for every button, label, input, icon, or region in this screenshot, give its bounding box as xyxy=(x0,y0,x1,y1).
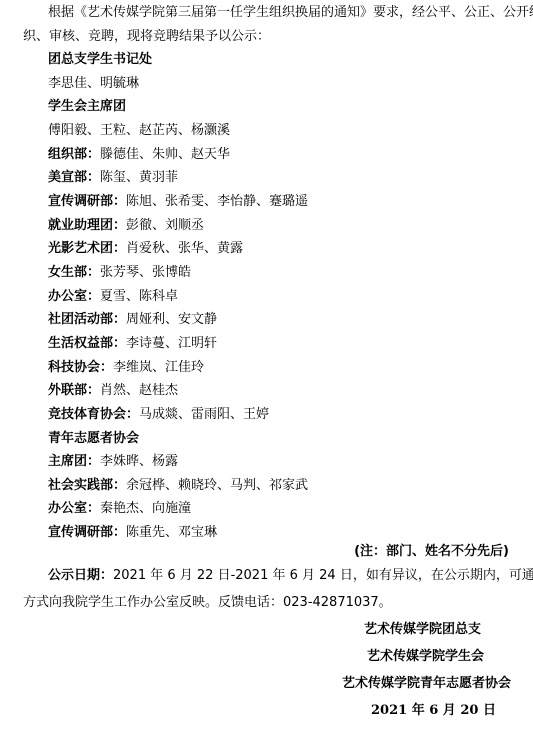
volunteer-label: 办公室： xyxy=(48,501,100,516)
department-label: 美宣部： xyxy=(48,170,100,185)
department-row: 光影艺术团：肖爱秋、张华、黄露 xyxy=(48,241,243,257)
volunteer-label: 主席团： xyxy=(48,454,100,469)
department-label: 科技协会： xyxy=(48,360,113,375)
signature-league-branch: 艺术传媒学院团总支 xyxy=(364,622,481,638)
department-names: 夏雪、陈科卓 xyxy=(100,289,178,304)
volunteer-row: 办公室：秦艳杰、向施潼 xyxy=(48,501,191,517)
department-row: 宣传调研部：陈旭、张希雯、李怡静、蹇璐遥 xyxy=(48,194,308,210)
intro-line-1: 根据《艺术传媒学院第三届第一任学生组织换届的通知》要求，经公平、公正、公开组 xyxy=(48,5,533,21)
publicity-line-2: 方式向我院学生工作办公室反映。反馈电话：023-42871037。 xyxy=(23,595,392,611)
department-names: 陈旭、张希雯、李怡静、蹇璐遥 xyxy=(126,194,308,209)
department-names: 彭徹、刘顺丞 xyxy=(126,218,204,233)
publicity-period: 2021 年 6 月 22 日-2021 年 6 月 24 日，如有异议，在公示… xyxy=(113,568,533,583)
order-note: (注：部门、姓名不分先后) xyxy=(354,544,509,560)
department-label: 光影艺术团： xyxy=(48,241,126,256)
department-row: 社团活动部：周娅利、安文静 xyxy=(48,312,217,328)
volunteer-label: 宣传调研部： xyxy=(48,525,126,540)
department-row: 竞技体育协会：马成燚、雷雨阳、王婷 xyxy=(48,407,269,423)
department-names: 滕德佳、朱帅、赵天华 xyxy=(100,147,230,162)
volunteer-names: 陈重先、邓宝琳 xyxy=(126,525,217,540)
volunteer-names: 余冠桦、赖晓玲、马判、祁家武 xyxy=(126,478,308,493)
volunteer-names: 秦艳杰、向施潼 xyxy=(100,501,191,516)
department-label: 就业助理团： xyxy=(48,218,126,233)
department-label: 组织部： xyxy=(48,147,100,162)
department-names: 陈玺、黄羽菲 xyxy=(100,170,178,185)
volunteer-row: 社会实践部：余冠桦、赖晓玲、马判、祁家武 xyxy=(48,478,308,494)
section-heading-league-secretariat: 团总支学生书记处 xyxy=(48,52,152,68)
intro-line-2: 织、审核、竞聘，现将竞聘结果予以公示： xyxy=(23,29,270,45)
section-names-league-secretariat: 李思佳、明毓琳 xyxy=(48,76,139,92)
department-label: 办公室： xyxy=(48,289,100,304)
department-names: 肖爱秋、张华、黄露 xyxy=(126,241,243,256)
department-names: 李诗蔓、江明轩 xyxy=(126,336,217,351)
department-names: 张芳琴、张博皓 xyxy=(100,265,191,280)
department-row: 组织部：滕德佳、朱帅、赵天华 xyxy=(48,147,230,163)
department-row: 生活权益部：李诗蔓、江明轩 xyxy=(48,336,217,352)
department-names: 周娅利、安文静 xyxy=(126,312,217,327)
department-row: 科技协会：李维岚、江佳玲 xyxy=(48,360,204,376)
publicity-label: 公示日期： xyxy=(48,568,113,583)
department-names: 李维岚、江佳玲 xyxy=(113,360,204,375)
signature-youth-volunteers: 艺术传媒学院青年志愿者协会 xyxy=(342,676,511,692)
section-names-student-union-presidium: 傅阳毅、王粒、赵芷芮、杨灏溪 xyxy=(48,123,230,139)
publicity-line-1: 公示日期：2021 年 6 月 22 日-2021 年 6 月 24 日，如有异… xyxy=(48,568,533,584)
department-names: 肖然、赵桂杰 xyxy=(100,383,178,398)
department-row: 办公室：夏雪、陈科卓 xyxy=(48,289,178,305)
signature-date: 2021 年 6 月 20 日 xyxy=(371,703,496,719)
department-label: 宣传调研部： xyxy=(48,194,126,209)
volunteer-names: 李姝晔、杨露 xyxy=(100,454,178,469)
signature-student-union: 艺术传媒学院学生会 xyxy=(367,649,484,665)
department-row: 就业助理团：彭徹、刘顺丞 xyxy=(48,218,204,234)
volunteer-row: 主席团：李姝晔、杨露 xyxy=(48,454,178,470)
volunteer-row: 宣传调研部：陈重先、邓宝琳 xyxy=(48,525,217,541)
department-row: 外联部：肖然、赵桂杰 xyxy=(48,383,178,399)
section-heading-student-union-presidium: 学生会主席团 xyxy=(48,99,126,115)
department-label: 女生部： xyxy=(48,265,100,280)
department-row: 女生部：张芳琴、张博皓 xyxy=(48,265,191,281)
department-label: 社团活动部： xyxy=(48,312,126,327)
volunteer-label: 社会实践部： xyxy=(48,478,126,493)
department-names: 马成燚、雷雨阳、王婷 xyxy=(139,407,269,422)
department-label: 生活权益部： xyxy=(48,336,126,351)
department-label: 外联部： xyxy=(48,383,100,398)
section-heading-youth-volunteers: 青年志愿者协会 xyxy=(48,431,139,447)
department-row: 美宣部：陈玺、黄羽菲 xyxy=(48,170,178,186)
department-label: 竞技体育协会： xyxy=(48,407,139,422)
